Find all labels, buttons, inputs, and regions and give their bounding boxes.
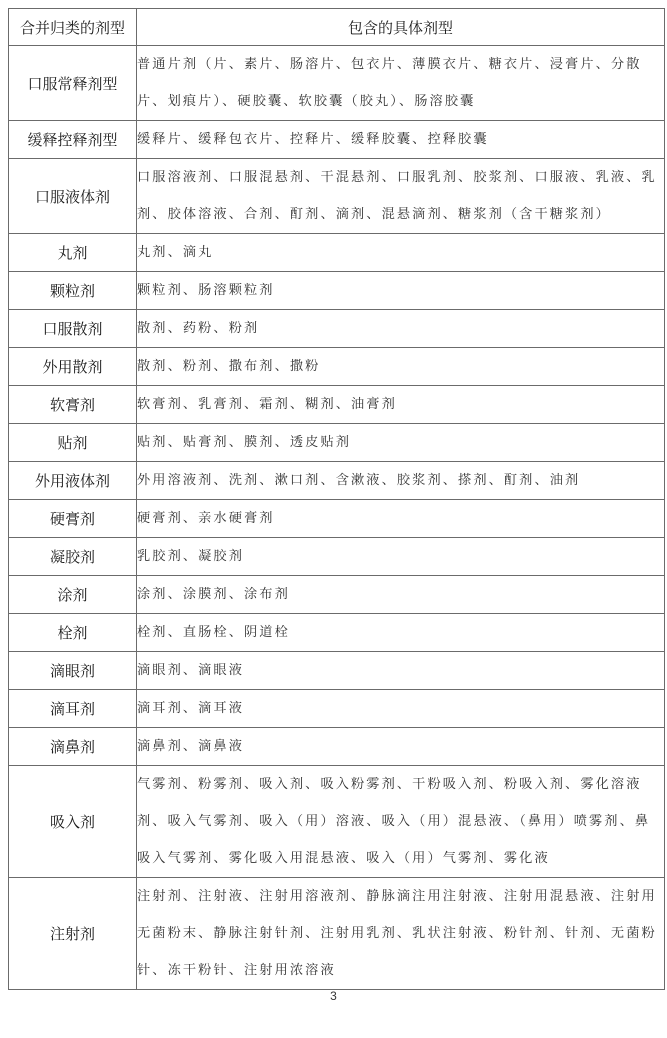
table-row: 凝胶剂 乳胶剂、凝胶剂 <box>9 538 665 576</box>
header-category: 合并归类的剂型 <box>9 9 137 46</box>
table-row: 吸入剂 气雾剂、粉雾剂、吸入剂、吸入粉雾剂、干粉吸入剂、粉吸入剂、雾化溶液剂、吸… <box>9 766 665 878</box>
row-items: 贴剂、贴膏剂、膜剂、透皮贴剂 <box>137 424 665 462</box>
document-page: 合并归类的剂型 包含的具体剂型 口服常释剂型 普通片剂（片、素片、肠溶片、包衣片… <box>8 8 664 990</box>
row-items: 滴眼剂、滴眼液 <box>137 652 665 690</box>
row-items: 硬膏剂、亲水硬膏剂 <box>137 500 665 538</box>
row-items: 注射剂、注射液、注射用溶液剂、静脉滴注用注射液、注射用混悬液、注射用无菌粉末、静… <box>137 878 665 990</box>
row-items: 涂剂、涂膜剂、涂布剂 <box>137 576 665 614</box>
row-category: 缓释控释剂型 <box>9 121 137 159</box>
row-category: 滴耳剂 <box>9 690 137 728</box>
row-category: 滴鼻剂 <box>9 728 137 766</box>
table-row: 滴鼻剂 滴鼻剂、滴鼻液 <box>9 728 665 766</box>
row-category: 外用液体剂 <box>9 462 137 500</box>
row-items: 软膏剂、乳膏剂、霜剂、糊剂、油膏剂 <box>137 386 665 424</box>
table-row: 颗粒剂 颗粒剂、肠溶颗粒剂 <box>9 272 665 310</box>
row-category: 口服常释剂型 <box>9 46 137 121</box>
row-items: 口服溶液剂、口服混悬剂、干混悬剂、口服乳剂、胶浆剂、口服液、乳液、乳剂、胶体溶液… <box>137 159 665 234</box>
row-items: 丸剂、滴丸 <box>137 234 665 272</box>
row-category: 颗粒剂 <box>9 272 137 310</box>
row-category: 涂剂 <box>9 576 137 614</box>
table-row: 滴眼剂 滴眼剂、滴眼液 <box>9 652 665 690</box>
table-row: 注射剂 注射剂、注射液、注射用溶液剂、静脉滴注用注射液、注射用混悬液、注射用无菌… <box>9 878 665 990</box>
row-items: 普通片剂（片、素片、肠溶片、包衣片、薄膜衣片、糖衣片、浸膏片、分散片、划痕片）、… <box>137 46 665 121</box>
row-category: 注射剂 <box>9 878 137 990</box>
row-items: 滴耳剂、滴耳液 <box>137 690 665 728</box>
table-header-row: 合并归类的剂型 包含的具体剂型 <box>9 9 665 46</box>
table-row: 栓剂 栓剂、直肠栓、阴道栓 <box>9 614 665 652</box>
row-items: 栓剂、直肠栓、阴道栓 <box>137 614 665 652</box>
table-row: 外用散剂 散剂、粉剂、撒布剂、撒粉 <box>9 348 665 386</box>
row-items: 缓释片、缓释包衣片、控释片、缓释胶囊、控释胶囊 <box>137 121 665 159</box>
table-row: 硬膏剂 硬膏剂、亲水硬膏剂 <box>9 500 665 538</box>
row-category: 栓剂 <box>9 614 137 652</box>
header-items: 包含的具体剂型 <box>137 9 665 46</box>
row-category: 丸剂 <box>9 234 137 272</box>
row-category: 口服液体剂 <box>9 159 137 234</box>
row-items: 乳胶剂、凝胶剂 <box>137 538 665 576</box>
row-items: 散剂、药粉、粉剂 <box>137 310 665 348</box>
row-items: 颗粒剂、肠溶颗粒剂 <box>137 272 665 310</box>
table-row: 滴耳剂 滴耳剂、滴耳液 <box>9 690 665 728</box>
page-number: 3 <box>0 989 667 1003</box>
row-category: 吸入剂 <box>9 766 137 878</box>
table-row: 口服液体剂 口服溶液剂、口服混悬剂、干混悬剂、口服乳剂、胶浆剂、口服液、乳液、乳… <box>9 159 665 234</box>
row-category: 软膏剂 <box>9 386 137 424</box>
table-row: 口服常释剂型 普通片剂（片、素片、肠溶片、包衣片、薄膜衣片、糖衣片、浸膏片、分散… <box>9 46 665 121</box>
row-items: 气雾剂、粉雾剂、吸入剂、吸入粉雾剂、干粉吸入剂、粉吸入剂、雾化溶液剂、吸入气雾剂… <box>137 766 665 878</box>
table-row: 缓释控释剂型 缓释片、缓释包衣片、控释片、缓释胶囊、控释胶囊 <box>9 121 665 159</box>
row-items: 外用溶液剂、洗剂、漱口剂、含漱液、胶浆剂、搽剂、酊剂、油剂 <box>137 462 665 500</box>
table-row: 外用液体剂 外用溶液剂、洗剂、漱口剂、含漱液、胶浆剂、搽剂、酊剂、油剂 <box>9 462 665 500</box>
table-row: 涂剂 涂剂、涂膜剂、涂布剂 <box>9 576 665 614</box>
row-category: 凝胶剂 <box>9 538 137 576</box>
table-row: 贴剂 贴剂、贴膏剂、膜剂、透皮贴剂 <box>9 424 665 462</box>
row-category: 外用散剂 <box>9 348 137 386</box>
row-category: 滴眼剂 <box>9 652 137 690</box>
row-category: 口服散剂 <box>9 310 137 348</box>
row-items: 滴鼻剂、滴鼻液 <box>137 728 665 766</box>
table-row: 口服散剂 散剂、药粉、粉剂 <box>9 310 665 348</box>
table-row: 丸剂 丸剂、滴丸 <box>9 234 665 272</box>
dosage-form-table: 合并归类的剂型 包含的具体剂型 口服常释剂型 普通片剂（片、素片、肠溶片、包衣片… <box>8 8 665 990</box>
row-category: 贴剂 <box>9 424 137 462</box>
row-items: 散剂、粉剂、撒布剂、撒粉 <box>137 348 665 386</box>
table-row: 软膏剂 软膏剂、乳膏剂、霜剂、糊剂、油膏剂 <box>9 386 665 424</box>
row-category: 硬膏剂 <box>9 500 137 538</box>
